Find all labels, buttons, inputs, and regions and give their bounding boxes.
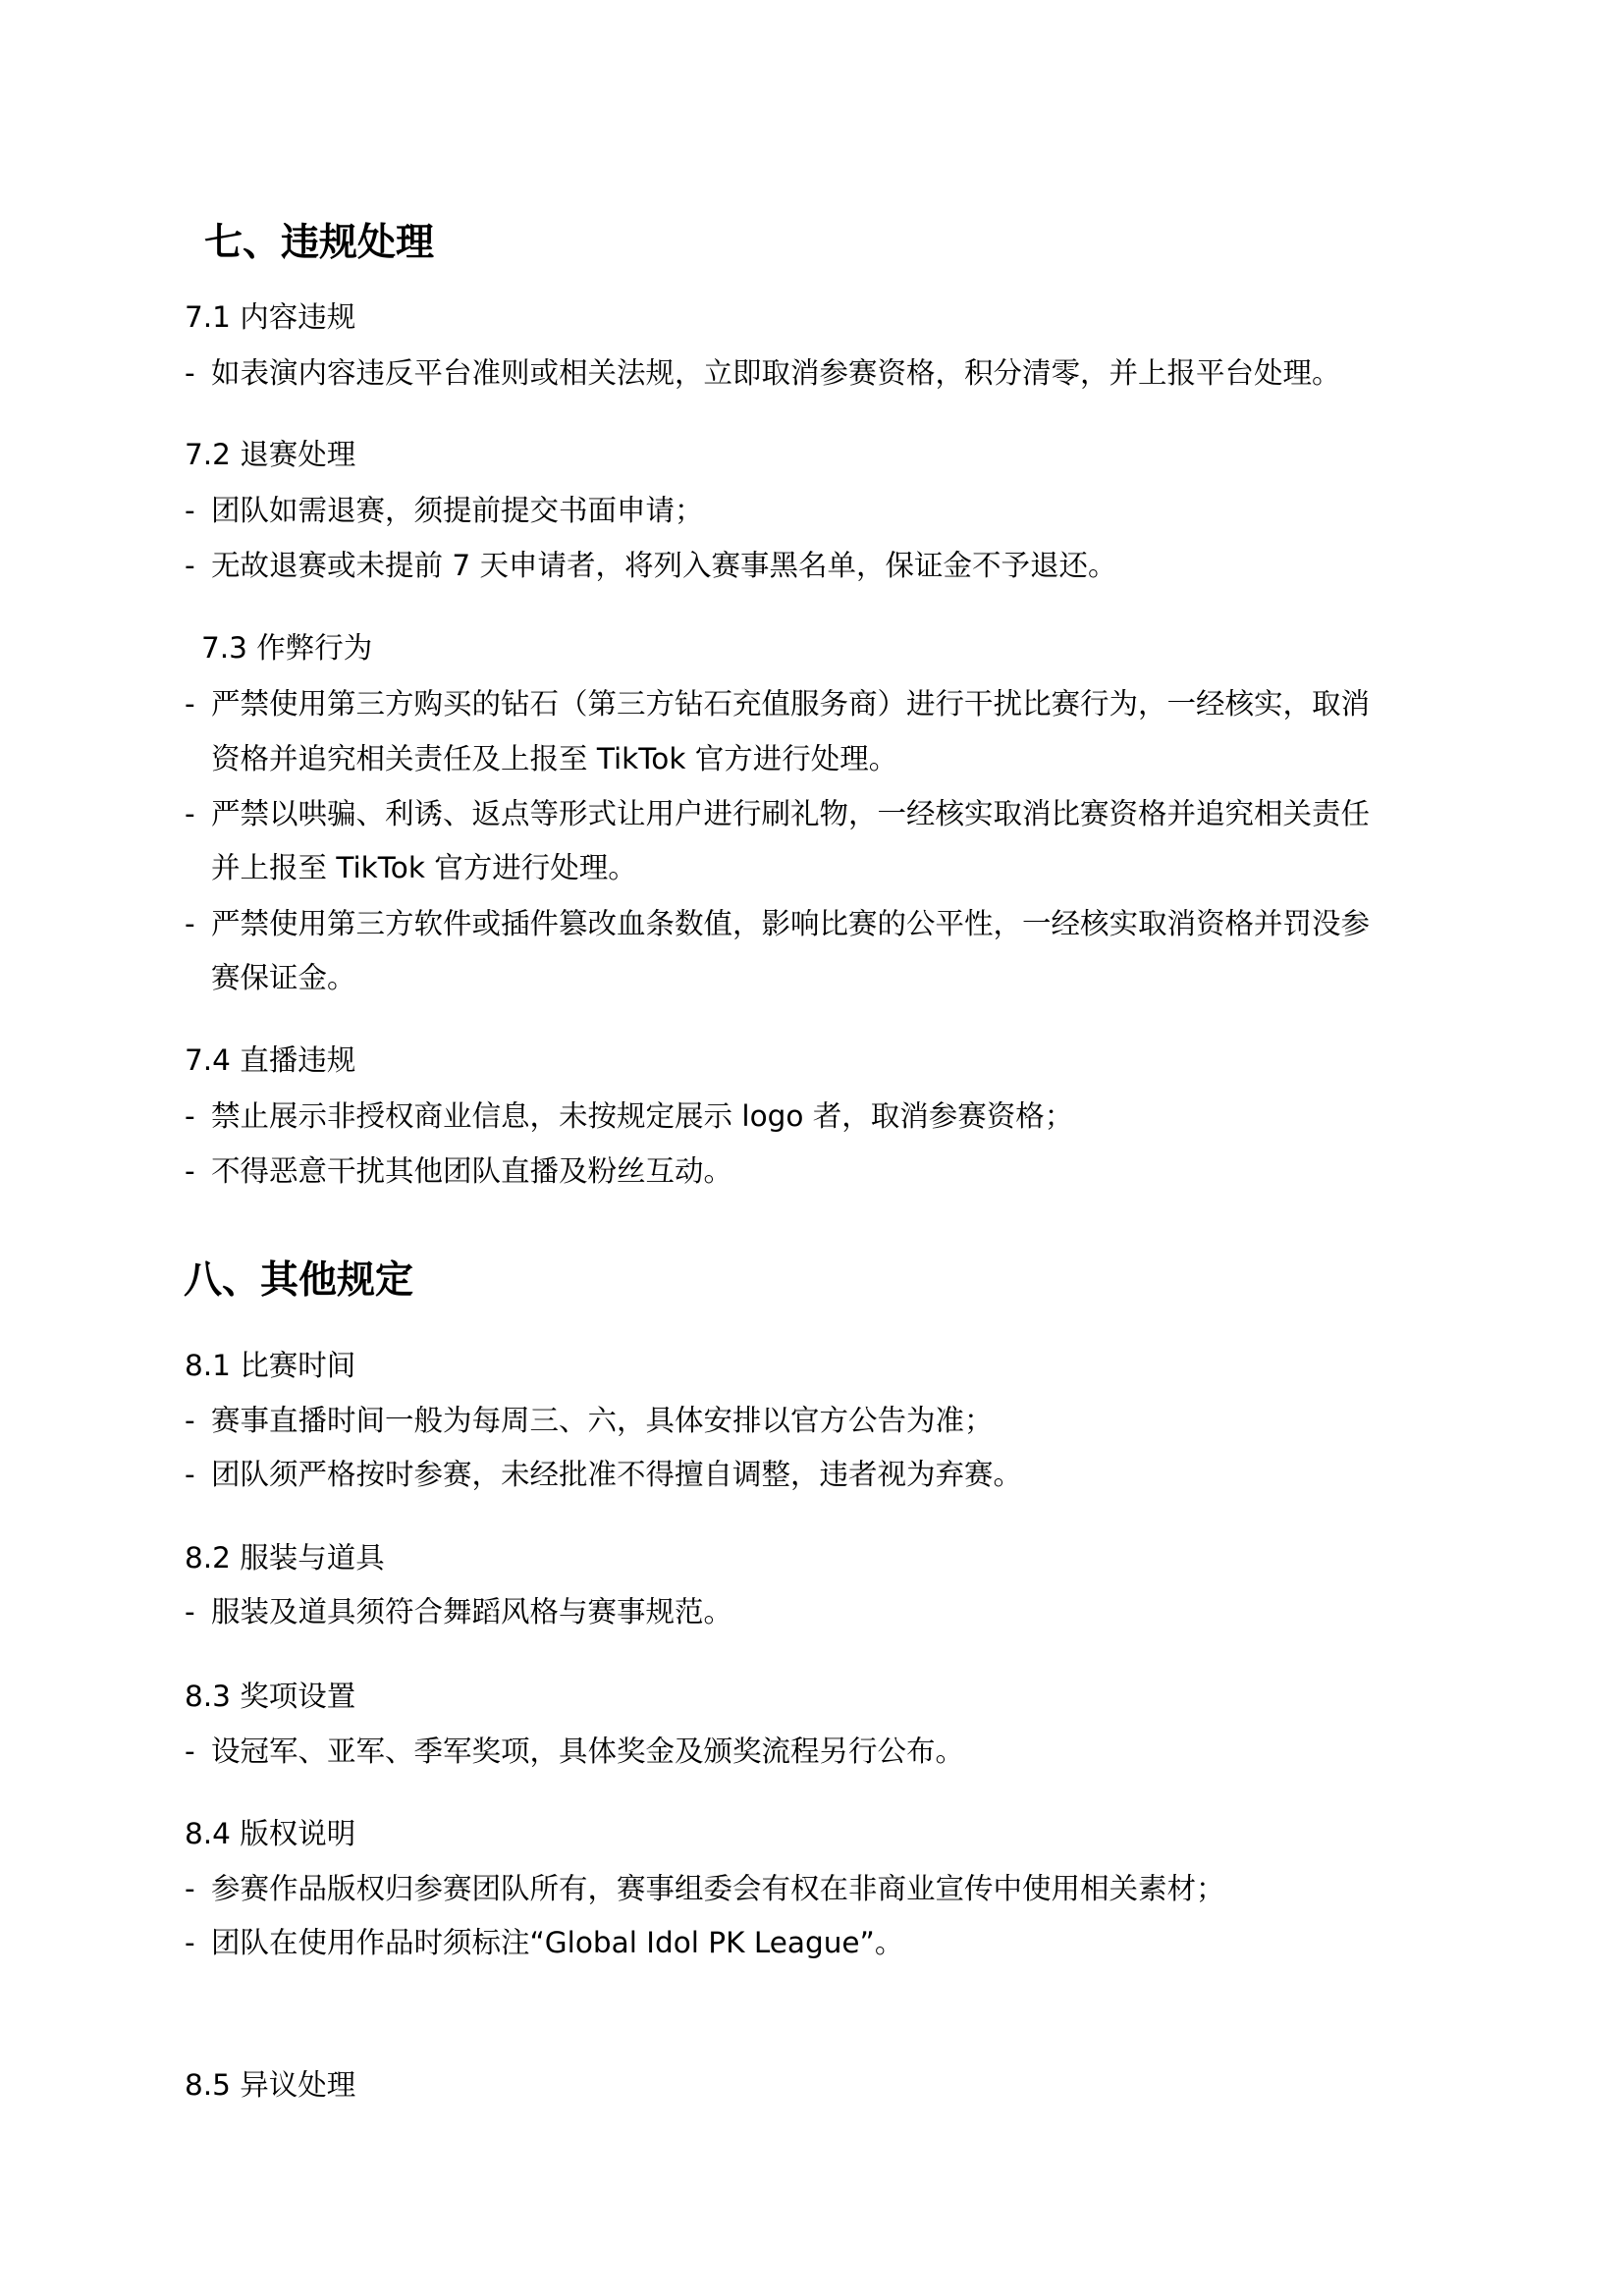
list-item-text: 并上报至 TikTok 官方进行处理。 <box>211 848 637 887</box>
bullet-dash: - <box>185 1455 195 1494</box>
list-item-text: 严禁以哄骗、利诱、返点等形式让用户进行刷礼物，一经核实取消比赛资格并追究相关责任 <box>211 794 1370 833</box>
list-item-text: 如表演内容违反平台准则或相关法规，立即取消参赛资格，积分清零，并上报平台处理。 <box>211 353 1341 393</box>
section-heading-8: 八、其他规定 <box>184 1256 413 1306</box>
list-item-continuation: 并上报至 TikTok 官方进行处理。 <box>185 848 1461 887</box>
bullet-dash: - <box>185 546 195 585</box>
subsection-title-7-3: 7.3 作弊行为 <box>201 628 372 667</box>
bullet-dash: - <box>185 904 195 943</box>
list-item: - 设冠军、亚军、季军奖项，具体奖金及颁奖流程另行公布。 <box>185 1732 1461 1771</box>
list-item-text: 严禁使用第三方购买的钻石（第三方钻石充值服务商）进行干扰比赛行为，一经核实，取消 <box>211 684 1370 723</box>
list-item: - 赛事直播时间一般为每周三、六，具体安排以官方公告为准； <box>185 1401 1461 1440</box>
bullet-dash: - <box>185 684 195 723</box>
list-item-text: 赛保证金。 <box>211 958 356 997</box>
bullet-dash: - <box>185 1592 195 1631</box>
list-item: - 如表演内容违反平台准则或相关法规，立即取消参赛资格，积分清零，并上报平台处理… <box>185 353 1461 393</box>
list-item: - 参赛作品版权归参赛团队所有，赛事组委会有权在非商业宣传中使用相关素材； <box>185 1869 1461 1908</box>
list-item-text: 严禁使用第三方软件或插件篡改血条数值，影响比赛的公平性，一经核实取消资格并罚没参 <box>211 904 1370 943</box>
section-heading-7: 七、违规处理 <box>204 219 434 268</box>
list-item-text: 团队在使用作品时须标注“Global Idol PK League”。 <box>211 1923 903 1962</box>
bullet-dash: - <box>185 353 195 393</box>
list-item: - 团队如需退赛，须提前提交书面申请； <box>185 491 1461 530</box>
list-item-text: 赛事直播时间一般为每周三、六，具体安排以官方公告为准； <box>211 1401 994 1440</box>
list-item: - 严禁以哄骗、利诱、返点等形式让用户进行刷礼物，一经核实取消比赛资格并追究相关… <box>185 794 1461 833</box>
list-item: - 无故退赛或未提前 7 天申请者，将列入赛事黑名单，保证金不予退还。 <box>185 546 1461 585</box>
subsection-title-8-1: 8.1 比赛时间 <box>185 1346 355 1385</box>
list-item-text: 服装及道具须符合舞蹈风格与赛事规范。 <box>211 1592 732 1631</box>
bullet-dash: - <box>185 1151 195 1191</box>
bullet-dash: - <box>185 1096 195 1136</box>
bullet-dash: - <box>185 1732 195 1771</box>
bullet-dash: - <box>185 1401 195 1440</box>
subsection-title-8-2: 8.2 服装与道具 <box>185 1538 385 1577</box>
subsection-title-8-5: 8.5 异议处理 <box>185 2065 355 2105</box>
bullet-dash: - <box>185 794 195 833</box>
bullet-dash: - <box>185 491 195 530</box>
list-item-text: 禁止展示非授权商业信息，未按规定展示 logo 者，取消参赛资格； <box>211 1096 1073 1136</box>
bullet-dash: - <box>185 1923 195 1962</box>
list-item: - 不得恶意干扰其他团队直播及粉丝互动。 <box>185 1151 1461 1191</box>
subsection-title-7-4: 7.4 直播违规 <box>185 1041 355 1080</box>
subsection-title-7-1: 7.1 内容违规 <box>185 297 355 337</box>
list-item-text: 无故退赛或未提前 7 天申请者，将列入赛事黑名单，保证金不予退还。 <box>211 546 1117 585</box>
list-item-text: 设冠军、亚军、季军奖项，具体奖金及颁奖流程另行公布。 <box>211 1732 964 1771</box>
list-item-text: 资格并追究相关责任及上报至 TikTok 官方进行处理。 <box>211 739 897 778</box>
list-item: - 禁止展示非授权商业信息，未按规定展示 logo 者，取消参赛资格； <box>185 1096 1461 1136</box>
list-item: - 服装及道具须符合舞蹈风格与赛事规范。 <box>185 1592 1461 1631</box>
list-item-text: 团队须严格按时参赛，未经批准不得擅自调整，违者视为弃赛。 <box>211 1455 1022 1494</box>
list-item-text: 不得恶意干扰其他团队直播及粉丝互动。 <box>211 1151 732 1191</box>
list-item: - 团队在使用作品时须标注“Global Idol PK League”。 <box>185 1923 1461 1962</box>
list-item: - 严禁使用第三方软件或插件篡改血条数值，影响比赛的公平性，一经核实取消资格并罚… <box>185 904 1461 943</box>
subsection-title-7-2: 7.2 退赛处理 <box>185 435 355 474</box>
list-item: - 严禁使用第三方购买的钻石（第三方钻石充值服务商）进行干扰比赛行为，一经核实，… <box>185 684 1461 723</box>
list-item-text: 参赛作品版权归参赛团队所有，赛事组委会有权在非商业宣传中使用相关素材； <box>211 1869 1225 1908</box>
list-item-continuation: 赛保证金。 <box>185 958 1461 997</box>
bullet-dash: - <box>185 1869 195 1908</box>
list-item-text: 团队如需退赛，须提前提交书面申请； <box>211 491 704 530</box>
subsection-title-8-4: 8.4 版权说明 <box>185 1814 355 1853</box>
list-item-continuation: 资格并追究相关责任及上报至 TikTok 官方进行处理。 <box>185 739 1461 778</box>
list-item: - 团队须严格按时参赛，未经批准不得擅自调整，违者视为弃赛。 <box>185 1455 1461 1494</box>
subsection-title-8-3: 8.3 奖项设置 <box>185 1677 355 1716</box>
